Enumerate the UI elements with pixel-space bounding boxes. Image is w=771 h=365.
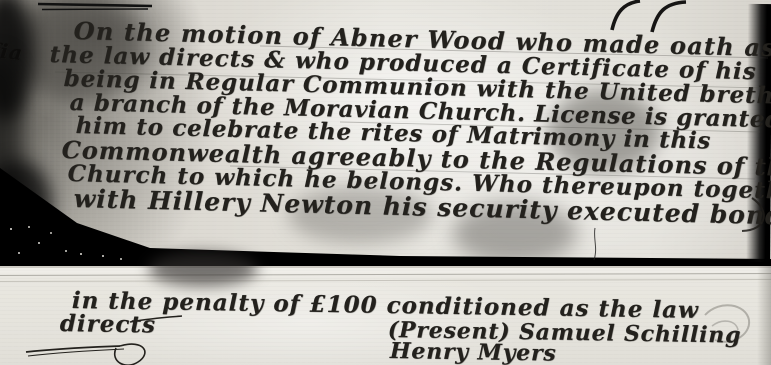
ruled-line <box>0 279 771 282</box>
scan-edge-shadow <box>757 266 771 365</box>
scanned-document-page: fia On the motion of Abner Wood who made… <box>0 0 771 365</box>
witness-name: Henry Myers <box>390 340 557 365</box>
handwritten-line: directs <box>60 312 157 337</box>
ruled-line <box>0 273 771 276</box>
margin-note: fia <box>0 40 24 63</box>
dust-specks <box>10 228 12 230</box>
